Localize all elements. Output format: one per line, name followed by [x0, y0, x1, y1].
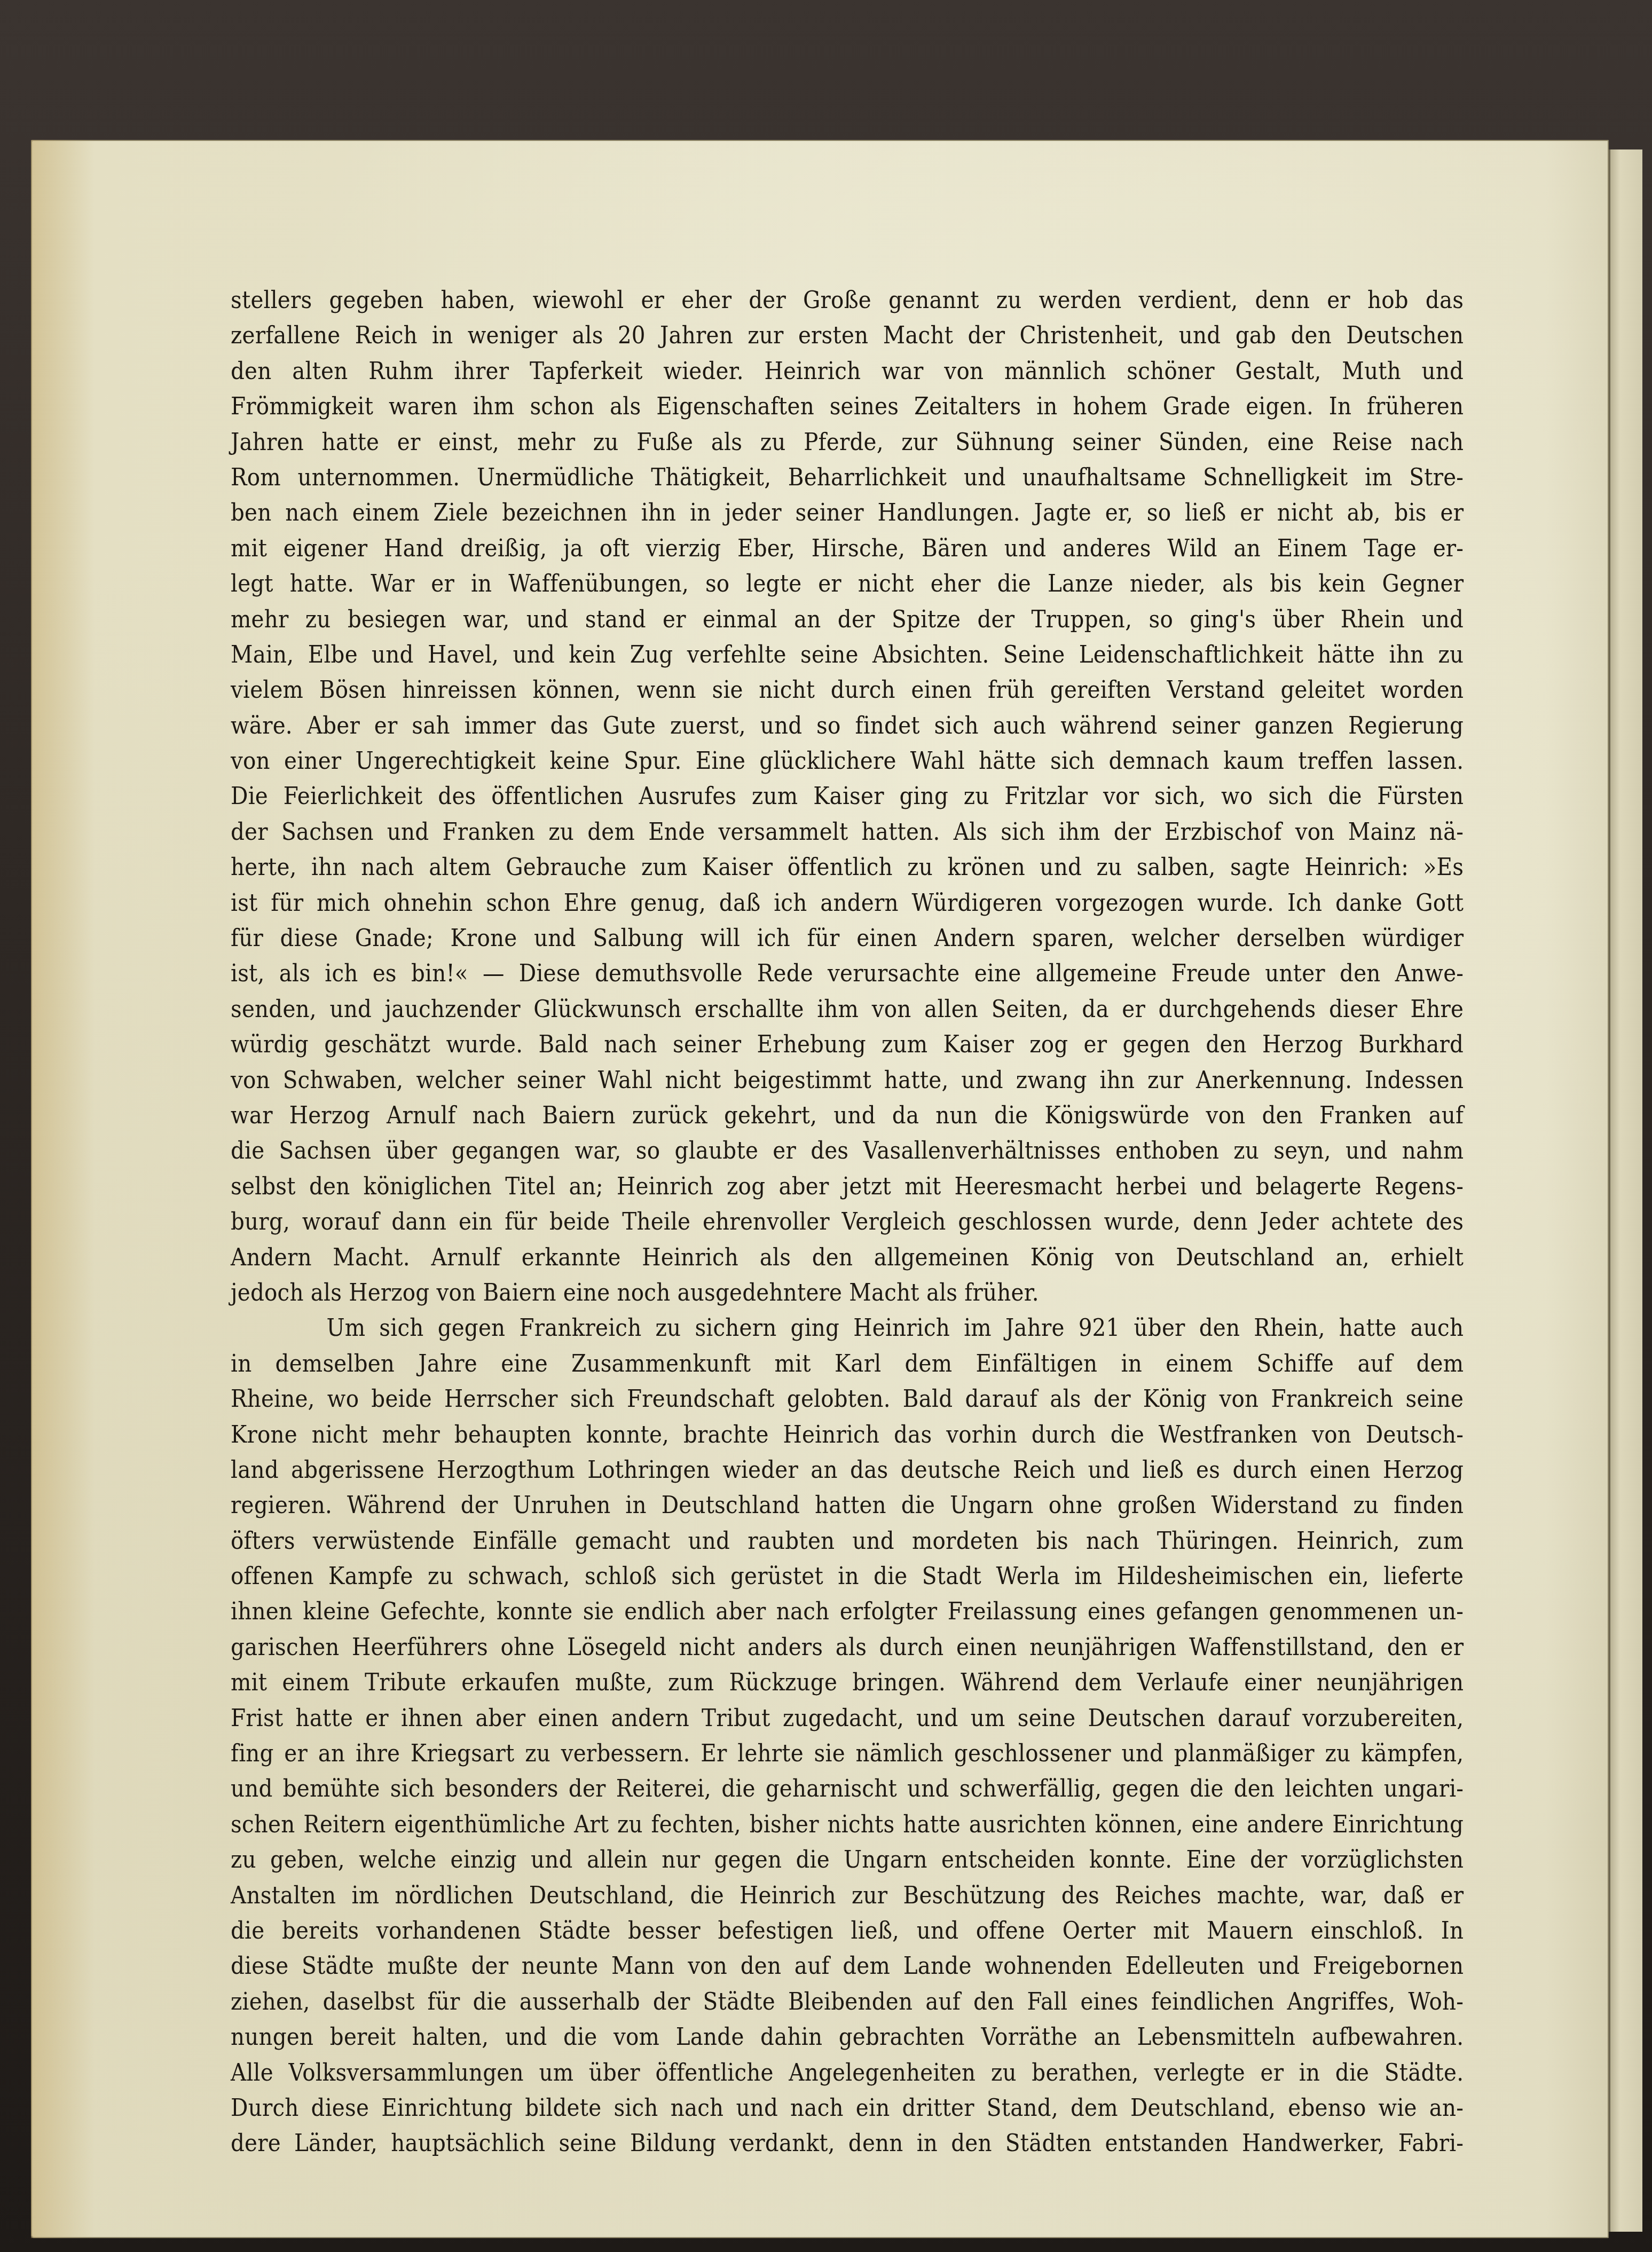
text-line: Main, Elbe und Havel, und kein Zug verfe… — [231, 637, 1464, 673]
text-line: diese Städte mußte der neunte Mann von d… — [231, 1949, 1464, 1984]
text-line: ist, als ich es bin!« — Diese demuthsvol… — [231, 956, 1464, 991]
text-line: war Herzog Arnulf nach Baiern zurück gek… — [231, 1098, 1464, 1133]
text-line: mehr zu besiegen war, und stand er einma… — [231, 602, 1464, 637]
text-line: mit einem Tribute erkaufen mußte, zum Rü… — [231, 1665, 1464, 1700]
text-line: von einer Ungerechtigkeit keine Spur. Ei… — [231, 744, 1464, 779]
text-line: land abgerissene Herzogthum Lothringen w… — [231, 1453, 1464, 1488]
text-line: schen Reitern eigenthümliche Art zu fech… — [231, 1807, 1464, 1842]
text-line: wäre. Aber er sah immer das Gute zuerst,… — [231, 708, 1464, 744]
text-line: stellers gegeben haben, wiewohl er eher … — [231, 283, 1464, 318]
text-line: Die Feierlichkeit des öffentlichen Ausru… — [231, 779, 1464, 814]
page-text: stellers gegeben haben, wiewohl er eher … — [231, 283, 1464, 2162]
text-line: würdig geschätzt wurde. Bald nach seiner… — [231, 1027, 1464, 1062]
text-line: zerfallene Reich in weniger als 20 Jahre… — [231, 318, 1464, 353]
text-line: zu geben, welche einzig und allein nur g… — [231, 1842, 1464, 1878]
text-line: dere Länder, hauptsächlich seine Bildung… — [231, 2126, 1464, 2161]
text-line: Jahren hatte er einst, mehr zu Fuße als … — [231, 425, 1464, 460]
text-line: Frist hatte er ihnen aber einen andern T… — [231, 1701, 1464, 1736]
text-line: Krone nicht mehr behaupten konnte, brach… — [231, 1418, 1464, 1453]
text-line: mit eigener Hand dreißig, ja oft vierzig… — [231, 531, 1464, 566]
text-line: fing er an ihre Kriegsart zu verbessern.… — [231, 1736, 1464, 1771]
text-line: ist für mich ohnehin schon Ehre genug, d… — [231, 886, 1464, 921]
text-line: vielem Bösen hinreissen können, wenn sie… — [231, 673, 1464, 708]
text-line: Andern Macht. Arnulf erkannte Heinrich a… — [231, 1240, 1464, 1275]
text-line: von Schwaben, welcher seiner Wahl nicht … — [231, 1063, 1464, 1098]
text-line: Alle Volksversammlungen um über öffentli… — [231, 2056, 1464, 2091]
text-line: burg, worauf dann ein für beide Theile e… — [231, 1204, 1464, 1240]
text-line: der Sachsen und Franken zu dem Ende vers… — [231, 815, 1464, 850]
text-line: legt hatte. War er in Waffenübungen, so … — [231, 566, 1464, 602]
text-line: Rheine, wo beide Herrscher sich Freundsc… — [231, 1382, 1464, 1417]
text-line: herte, ihn nach altem Gebrauche zum Kais… — [231, 850, 1464, 885]
adjacent-page-edge — [1609, 149, 1642, 2232]
text-line: Rom unternommen. Unermüdliche Thätigkeit… — [231, 460, 1464, 495]
text-line: ben nach einem Ziele bezeichnen ihn in j… — [231, 495, 1464, 531]
text-line: senden, und jauchzender Glückwunsch ersc… — [231, 992, 1464, 1027]
text-line: in demselben Jahre eine Zusammenkunft mi… — [231, 1347, 1464, 1382]
text-line: die bereits vorhandenen Städte besser be… — [231, 1914, 1464, 1949]
text-line: Durch diese Einrichtung bildete sich nac… — [231, 2091, 1464, 2126]
text-line: Anstalten im nördlichen Deutschland, die… — [231, 1878, 1464, 1914]
text-line: nungen bereit halten, und die vom Lande … — [231, 2020, 1464, 2055]
text-line: die Sachsen über gegangen war, so glaubt… — [231, 1133, 1464, 1169]
text-line-paragraph-start: Um sich gegen Frankreich zu sichern ging… — [231, 1311, 1464, 1346]
text-line: öfters verwüstende Einfälle gemacht und … — [231, 1524, 1464, 1559]
text-line: und bemühte sich besonders der Reiterei,… — [231, 1771, 1464, 1807]
text-line: offenen Kampfe zu schwach, schloß sich g… — [231, 1559, 1464, 1594]
text-line: Frömmigkeit waren ihm schon als Eigensch… — [231, 389, 1464, 424]
text-line-paragraph-end: jedoch als Herzog von Baiern eine noch a… — [231, 1275, 1464, 1311]
text-line: den alten Ruhm ihrer Tapferkeit wieder. … — [231, 354, 1464, 389]
text-line: selbst den königlichen Titel an; Heinric… — [231, 1169, 1464, 1204]
text-line: für diese Gnade; Krone und Salbung will … — [231, 921, 1464, 956]
text-line: garischen Heerführers ohne Lösegeld nich… — [231, 1630, 1464, 1665]
paper-stain — [31, 140, 95, 2238]
text-line: ziehen, daselbst für die ausserhalb der … — [231, 1985, 1464, 2020]
text-line: ihnen kleine Gefechte, konnte sie endlic… — [231, 1594, 1464, 1629]
text-line: regieren. Während der Unruhen in Deutsch… — [231, 1488, 1464, 1523]
